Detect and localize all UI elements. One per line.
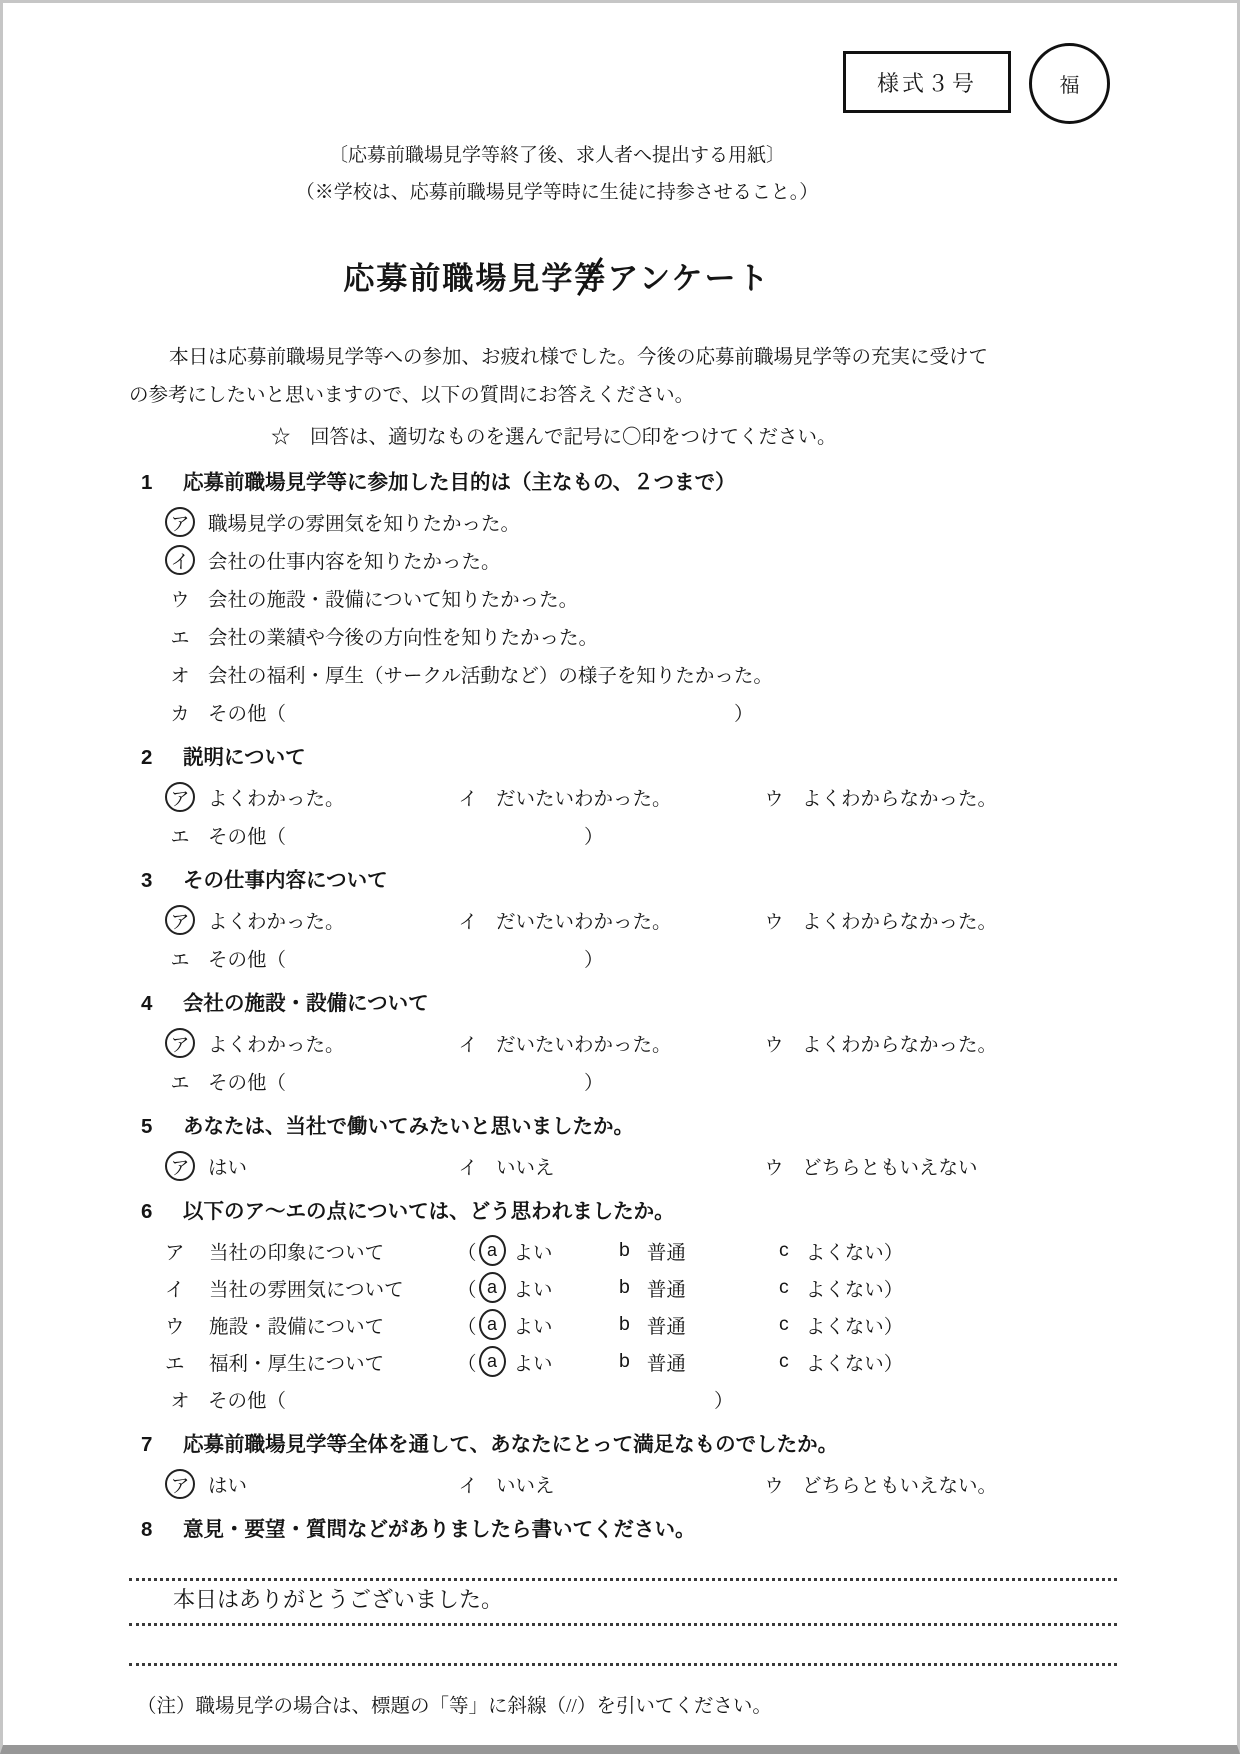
question-number: 8 [141,1510,183,1550]
form-number-label: 様式３号 [877,67,977,98]
option-letter: ウ [759,1469,789,1499]
option-text: 会社の施設・設備について知りたかった。 [208,584,578,612]
question-7: 7 応募前職場見学等全体を通して、あなたにとって満足なものでしたか。 ア はい … [141,1425,1207,1503]
question-number: 5 [141,1107,183,1147]
circled-letter: a [479,1235,506,1266]
option-letter: ウ [759,782,789,812]
question-1-title-row: 1 応募前職場見学等に参加した目的は（主なもの、２つまで） [141,463,1207,503]
question-number: 3 [141,861,183,901]
open-paren: （ [457,1237,477,1265]
open-paren: （ [457,1274,477,1302]
q6-rating-row-b: イ 当社の雰囲気について （aよい b普通 cよくない） [141,1269,1207,1306]
q4-option-c: ウ よくわからなかった。 [759,1028,997,1058]
option-letter: エ [165,820,195,850]
q4-option-a: ア よくわかった。 [165,1028,453,1058]
option-text: よい [514,1311,553,1339]
q1-option-b: イ 会社の仕事内容を知りたかった。 [141,541,1207,579]
rating-label: 当社の雰囲気について [209,1274,457,1302]
q5-choices-row: ア はい イ いいえ ウ どちらともいえない [141,1147,1207,1185]
option-text: よくない） [806,1348,904,1376]
option-text: 職場見学の雰囲気を知りたかった。 [208,508,520,536]
rating-choice-c: cよくない） [779,1311,903,1339]
question-title: 応募前職場見学等全体を通して、あなたにとって満足なものでしたか。 [183,1425,838,1465]
question-number: 1 [141,463,183,503]
q2-option-a: ア よくわかった。 [165,782,453,812]
question-title: 会社の施設・設備について [183,984,429,1024]
school-note: （※学校は、応募前職場見学等時に生徒に持参させること。） [3,174,1111,211]
q7-option-a: ア はい [165,1469,453,1499]
q3-option-b: イ だいたいわかった。 [453,905,759,935]
circled-letter: ア [165,507,195,537]
option-text: 会社の業績や今後の方向性を知りたかった。 [208,622,598,650]
fuku-stamp-circle: 福 [1029,43,1110,124]
option-letter: ウ [759,1151,789,1181]
q7-option-c: ウ どちらともいえない。 [759,1469,997,1499]
option-text: その他（ [208,821,286,849]
answer-instruction: ☆ 回答は、適切なものを選んで記号に〇印をつけてください。 [3,418,1237,456]
option-text: その他（ [208,944,286,972]
option-text: どちらともいえない [802,1152,978,1180]
circled-letter: a [479,1272,506,1303]
q3-option-c: ウ よくわからなかった。 [759,905,997,935]
option-text: よくわかった。 [208,906,345,934]
title-slashed-char: 等 [574,253,607,298]
close-paren: ） [714,1385,734,1413]
option-text: どちらともいえない。 [802,1470,997,1498]
rating-choice-a: （aよい [457,1346,619,1377]
option-letter: エ [165,1066,195,1096]
submission-note: 〔応募前職場見学等終了後、求人者へ提出する用紙〕 [3,137,1111,174]
circled-letter: ア [165,1469,195,1499]
option-letter: b [619,1313,630,1336]
q4-option-b: イ だいたいわかった。 [453,1028,759,1058]
option-text: 普通 [647,1348,686,1376]
option-letter: c [779,1276,789,1299]
form-title-prefix: 応募前職場見学 [343,261,574,296]
question-title: 応募前職場見学等に参加した目的は（主なもの、２つまで） [183,463,736,503]
option-text: 会社の仕事内容を知りたかった。 [208,546,501,574]
circled-letter: ア [165,782,195,812]
q6-rating-row-c: ウ 施設・設備について （aよい b普通 cよくない） [141,1306,1207,1343]
option-text: その他（ [208,1385,286,1413]
question-number: 2 [141,738,183,778]
question-3: 3 その仕事内容について ア よくわかった。 イ だいたいわかった。 ウ よくわ… [141,861,1207,977]
form-number-box: 様式３号 [843,51,1011,113]
close-paren: ） [584,944,604,972]
q1-option-d: エ 会社の業績や今後の方向性を知りたかった。 [141,617,1207,655]
rating-choice-a: （aよい [457,1309,619,1340]
q3-choices-row: ア よくわかった。 イ だいたいわかった。 ウ よくわからなかった。 [141,901,1207,939]
rating-choice-b: b普通 [619,1274,779,1302]
thanks-message: 本日はありがとうございました。 [173,1585,1237,1615]
option-letter: イ [453,905,483,935]
option-text: よくわからなかった。 [802,906,997,934]
q2-option-other: エ その他（ ） [141,816,1207,854]
form-title-suffix: アンケート [607,261,770,296]
option-text: だいたいわかった。 [496,783,672,811]
form-title: 応募前職場見学等アンケート [3,253,1237,298]
option-text: よくわかった。 [208,1029,345,1057]
question-title: 説明について [183,738,306,778]
question-7-title-row: 7 応募前職場見学等全体を通して、あなたにとって満足なものでしたか。 [141,1425,1207,1465]
q7-option-b: イ いいえ [453,1469,759,1499]
option-letter: ウ [165,1311,209,1339]
option-text: だいたいわかった。 [496,906,672,934]
option-letter: イ [453,782,483,812]
open-paren: （ [457,1311,477,1339]
rating-choice-a: （aよい [457,1272,619,1303]
close-paren: ） [584,821,604,849]
option-text: いいえ [496,1152,555,1180]
q6-rating-row-d: エ 福利・厚生について （aよい b普通 cよくない） [141,1343,1207,1380]
question-number: 6 [141,1192,183,1232]
dotted-divider [129,1623,1117,1626]
option-text: よくない） [806,1237,904,1265]
option-letter: b [619,1239,630,1262]
option-text: よくない） [806,1274,904,1302]
question-title: 意見・要望・質問などがありましたら書いてください。 [183,1510,696,1550]
rating-label: 施設・設備について [209,1311,457,1339]
q7-choices-row: ア はい イ いいえ ウ どちらともいえない。 [141,1465,1207,1503]
fuku-stamp-label: 福 [1060,69,1080,98]
option-letter: イ [453,1151,483,1181]
option-letter: ウ [165,583,195,613]
option-text: よくわかった。 [208,783,345,811]
option-letter: エ [165,621,195,651]
option-text: いいえ [496,1470,555,1498]
option-text: だいたいわかった。 [496,1029,672,1057]
rating-label: 当社の印象について [209,1237,457,1265]
q2-option-c: ウ よくわからなかった。 [759,782,997,812]
circled-letter: ア [165,1151,195,1181]
question-1: 1 応募前職場見学等に参加した目的は（主なもの、２つまで） ア 職場見学の雰囲気… [141,463,1207,731]
option-letter: ウ [759,1028,789,1058]
option-letter: オ [165,1384,195,1414]
q5-option-b: イ いいえ [453,1151,759,1181]
option-text: よい [514,1237,553,1265]
rating-choice-b: b普通 [619,1311,779,1339]
intro-paragraph: 本日は応募前職場見学等への参加、お疲れ様でした。今後の応募前職場見学等の充実に受… [129,338,1177,414]
question-title: あなたは、当社で働いてみたいと思いましたか。 [183,1107,634,1147]
dotted-divider [129,1663,1117,1666]
option-letter: c [779,1350,789,1373]
question-6-title-row: 6 以下のア～エの点については、どう思われましたか。 [141,1192,1207,1232]
q1-option-a: ア 職場見学の雰囲気を知りたかった。 [141,503,1207,541]
option-text: 普通 [647,1311,686,1339]
q2-choices-row: ア よくわかった。 イ だいたいわかった。 ウ よくわからなかった。 [141,778,1207,816]
question-title: その仕事内容について [183,861,388,901]
rating-choice-b: b普通 [619,1237,779,1265]
question-4: 4 会社の施設・設備について ア よくわかった。 イ だいたいわかった。 ウ よ… [141,984,1207,1100]
circled-letter: イ [165,545,195,575]
circled-letter: ア [165,1028,195,1058]
option-letter: カ [165,697,195,727]
circled-letter: a [479,1346,506,1377]
option-text: はい [208,1152,247,1180]
question-2: 2 説明について ア よくわかった。 イ だいたいわかった。 ウ よくわからなか… [141,738,1207,854]
question-5-title-row: 5 あなたは、当社で働いてみたいと思いましたか。 [141,1107,1207,1147]
footnote: （注）職場見学の場合は、標題の「等」に斜線（//）を引いてください。 [137,1690,1237,1718]
question-title: 以下のア～エの点については、どう思われましたか。 [183,1192,675,1232]
q3-option-a: ア よくわかった。 [165,905,453,935]
option-text: 会社の福利・厚生（サークル活動など）の様子を知りたかった。 [208,660,773,688]
question-5: 5 あなたは、当社で働いてみたいと思いましたか。 ア はい イ いいえ ウ どち… [141,1107,1207,1185]
option-letter: イ [453,1028,483,1058]
scanned-questionnaire-page: 様式３号 福 〔応募前職場見学等終了後、求人者へ提出する用紙〕 （※学校は、応募… [0,0,1240,1754]
option-letter: b [619,1276,630,1299]
open-paren: （ [457,1348,477,1376]
option-letter: b [619,1350,630,1373]
question-8-title-row: 8 意見・要望・質問などがありましたら書いてください。 [141,1510,1207,1550]
q5-option-c: ウ どちらともいえない [759,1151,978,1181]
q5-option-a: ア はい [165,1151,453,1181]
option-text: はい [208,1470,247,1498]
option-text: その他（ [208,698,286,726]
rating-choice-c: cよくない） [779,1348,903,1376]
close-paren: ） [584,1067,604,1095]
rating-choice-c: cよくない） [779,1237,903,1265]
option-text: よい [514,1348,553,1376]
option-letter: エ [165,1348,209,1376]
option-text: 普通 [647,1274,686,1302]
rating-label: 福利・厚生について [209,1348,457,1376]
option-letter: ウ [759,905,789,935]
circled-letter: a [479,1309,506,1340]
q4-option-other: エ その他（ ） [141,1062,1207,1100]
rating-choice-b: b普通 [619,1348,779,1376]
intro-line-1: 本日は応募前職場見学等への参加、お疲れ様でした。今後の応募前職場見学等の充実に受… [129,338,1177,376]
option-letter: c [779,1239,789,1262]
q4-choices-row: ア よくわかった。 イ だいたいわかった。 ウ よくわからなかった。 [141,1024,1207,1062]
option-text: よくない） [806,1311,904,1339]
option-text: 普通 [647,1237,686,1265]
option-letter: ア [165,1237,209,1265]
option-text: その他（ [208,1067,286,1095]
q6-option-other: オ その他（ ） [141,1380,1207,1418]
rating-choice-a: （aよい [457,1235,619,1266]
q1-option-f: カ その他（ ） [141,693,1207,731]
q3-option-other: エ その他（ ） [141,939,1207,977]
circled-letter: ア [165,905,195,935]
q2-option-b: イ だいたいわかった。 [453,782,759,812]
option-letter: オ [165,659,195,689]
question-6: 6 以下のア～エの点については、どう思われましたか。 ア 当社の印象について （… [141,1192,1207,1418]
option-letter: イ [453,1469,483,1499]
question-number: 4 [141,984,183,1024]
option-text: よくわからなかった。 [802,1029,997,1057]
option-letter: エ [165,943,195,973]
q1-option-c: ウ 会社の施設・設備について知りたかった。 [141,579,1207,617]
question-number: 7 [141,1425,183,1465]
q6-rating-row-a: ア 当社の印象について （aよい b普通 cよくない） [141,1232,1207,1269]
questions-list: 1 応募前職場見学等に参加した目的は（主なもの、２つまで） ア 職場見学の雰囲気… [141,463,1207,1550]
q1-option-e: オ 会社の福利・厚生（サークル活動など）の様子を知りたかった。 [141,655,1207,693]
close-paren: ） [734,698,754,726]
question-3-title-row: 3 その仕事内容について [141,861,1207,901]
option-text: よい [514,1274,553,1302]
question-2-title-row: 2 説明について [141,738,1207,778]
option-letter: イ [165,1274,209,1302]
question-8: 8 意見・要望・質問などがありましたら書いてください。 [141,1510,1207,1550]
option-letter: c [779,1313,789,1336]
question-4-title-row: 4 会社の施設・設備について [141,984,1207,1024]
option-text: よくわからなかった。 [802,783,997,811]
dotted-divider [129,1578,1117,1581]
intro-line-2: の参考にしたいと思いますので、以下の質問にお答えください。 [129,376,1177,414]
rating-choice-c: cよくない） [779,1274,903,1302]
